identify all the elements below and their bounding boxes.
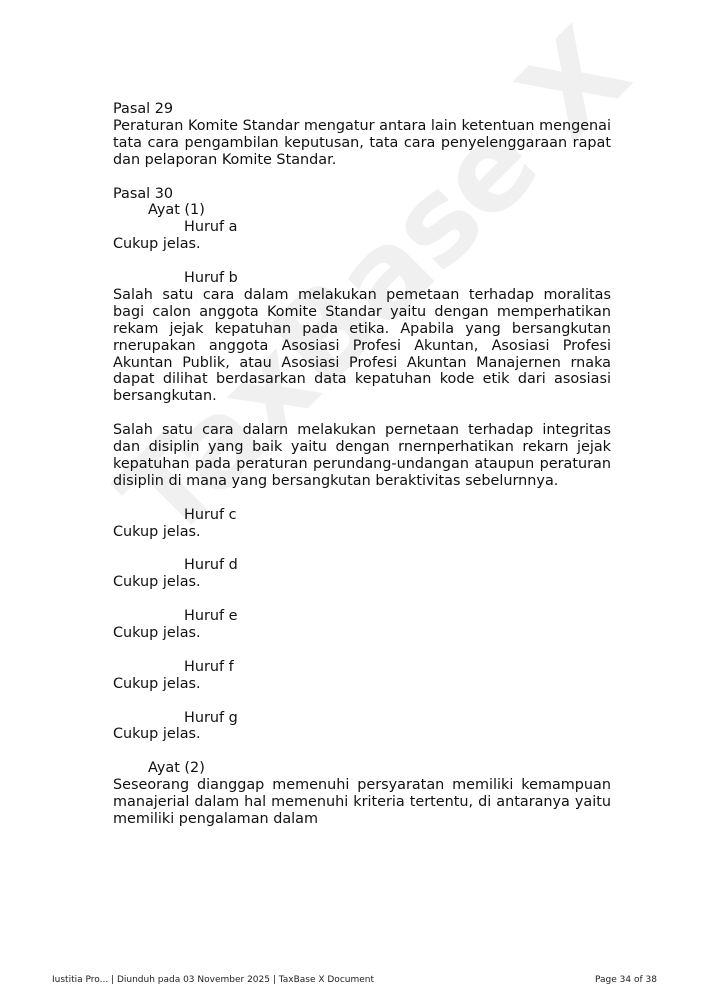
huruf-c-text: Cukup jelas.: [113, 524, 611, 541]
huruf-b-title: Huruf b: [184, 270, 611, 287]
page-number: Page 34 of 38: [595, 972, 657, 989]
ayat-2-title: Ayat (2): [148, 760, 611, 777]
huruf-e-title: Huruf e: [184, 608, 611, 625]
huruf-e-text: Cukup jelas.: [113, 625, 611, 642]
pasal-30-title: Pasal 30: [113, 186, 611, 203]
huruf-g-title: Huruf g: [184, 710, 611, 727]
pasal-29-title: Pasal 29: [113, 101, 611, 118]
huruf-f-title: Huruf f: [184, 659, 611, 676]
huruf-b-text-2: Salah satu cara dalarn melakukan perneta…: [113, 422, 611, 490]
huruf-c-title: Huruf c: [184, 507, 611, 524]
ayat-2-text: Seseorang dianggap memenuhi persyaratan …: [113, 777, 611, 828]
footer-source: Iustitia Pro... | Diunduh pada 03 Novemb…: [52, 972, 374, 989]
huruf-d-title: Huruf d: [184, 557, 611, 574]
huruf-a-title: Huruf a: [184, 219, 611, 236]
ayat-1-title: Ayat (1): [148, 202, 611, 219]
pasal-29-text: Peraturan Komite Standar mengatur antara…: [113, 118, 611, 169]
huruf-a-text: Cukup jelas.: [113, 236, 611, 253]
huruf-f-text: Cukup jelas.: [113, 676, 611, 693]
huruf-d-text: Cukup jelas.: [113, 574, 611, 591]
document-page: TaxBase X Pasal 29 Peraturan Komite Stan…: [0, 0, 707, 1000]
document-content: Pasal 29 Peraturan Komite Standar mengat…: [113, 101, 611, 828]
huruf-g-text: Cukup jelas.: [113, 726, 611, 743]
huruf-b-text-1: Salah satu cara dalam melakukan pemetaan…: [113, 287, 611, 405]
